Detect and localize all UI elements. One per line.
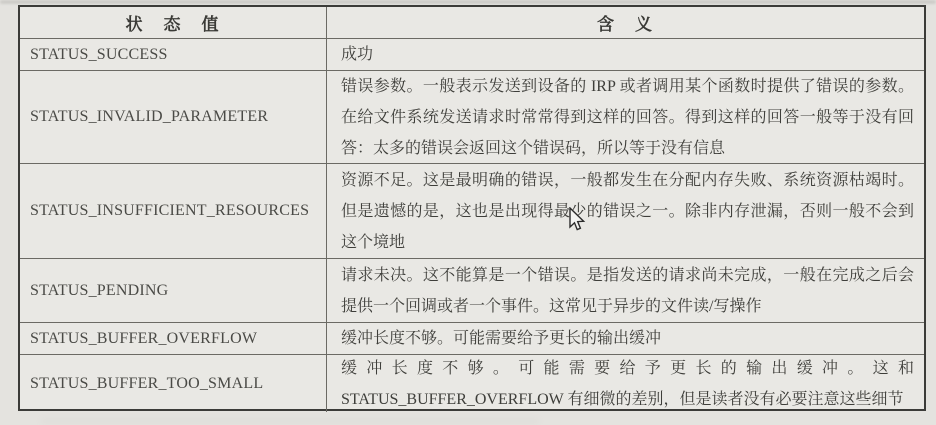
status-value-cell: STATUS_INVALID_PARAMETER xyxy=(20,71,327,163)
meaning-cell: 错误参数。一般表示发送到设备的 IRP 或者调用某个函数时提供了错误的参数。在给… xyxy=(327,71,924,163)
table-row: STATUS_BUFFER_OVERFLOW 缓冲长度不够。可能需要给予更长的输… xyxy=(20,322,924,354)
meaning-text: 成功 xyxy=(341,39,914,70)
meaning-text: 资源不足。这是最明确的错误，一般都发生在分配内存失败、系统资源枯竭时。但是遗憾的… xyxy=(341,165,914,258)
meaning-text: 缓冲长度不够。可能需要给予更长的输出缓冲 xyxy=(341,323,914,354)
scan-smudge xyxy=(40,418,540,424)
meaning-cell: 资源不足。这是最明确的错误，一般都发生在分配内存失败、系统资源枯竭时。但是遗憾的… xyxy=(327,164,924,258)
table-row: STATUS_PENDING 请求未决。这不能算是一个错误。是指发送的请求尚未完… xyxy=(20,258,924,322)
status-value-cell: STATUS_PENDING xyxy=(20,259,327,322)
status-values-table: 状 态 值 含 义 STATUS_SUCCESS 成功 STATUS_INVAL… xyxy=(18,5,926,411)
meaning-text: 错误参数。一般表示发送到设备的 IRP 或者调用某个函数时提供了错误的参数。在给… xyxy=(341,71,914,163)
status-value-cell: STATUS_BUFFER_OVERFLOW xyxy=(20,323,327,354)
table-row: STATUS_SUCCESS 成功 xyxy=(20,38,924,70)
meaning-text: 缓冲长度不够。可能需要给予更长的输出缓冲。这和 STATUS_BUFFER_OV… xyxy=(341,355,914,412)
status-value-cell: STATUS_BUFFER_TOO_SMALL xyxy=(20,355,327,412)
column-header-status-value: 状 态 值 xyxy=(20,7,327,38)
meaning-cell: 成功 xyxy=(327,39,924,70)
column-header-meaning: 含 义 xyxy=(327,7,924,38)
table-row: STATUS_INSUFFICIENT_RESOURCES 资源不足。这是最明确… xyxy=(20,163,924,258)
table-row: STATUS_BUFFER_TOO_SMALL 缓冲长度不够。可能需要给予更长的… xyxy=(20,354,924,412)
meaning-cell: 缓冲长度不够。可能需要给予更长的输出缓冲 xyxy=(327,323,924,354)
meaning-text: 请求未决。这不能算是一个错误。是指发送的请求尚未完成，一般在完成之后会提供一个回… xyxy=(341,260,914,322)
meaning-cell: 缓冲长度不够。可能需要给予更长的输出缓冲。这和 STATUS_BUFFER_OV… xyxy=(327,355,924,412)
table-header-row: 状 态 值 含 义 xyxy=(20,7,924,38)
scanned-page: 状 态 值 含 义 STATUS_SUCCESS 成功 STATUS_INVAL… xyxy=(0,0,936,425)
status-value-cell: STATUS_INSUFFICIENT_RESOURCES xyxy=(20,164,327,258)
meaning-cell: 请求未决。这不能算是一个错误。是指发送的请求尚未完成，一般在完成之后会提供一个回… xyxy=(327,259,924,322)
scan-smudge xyxy=(0,0,936,4)
status-value-cell: STATUS_SUCCESS xyxy=(20,39,327,70)
table-row: STATUS_INVALID_PARAMETER 错误参数。一般表示发送到设备的… xyxy=(20,70,924,163)
